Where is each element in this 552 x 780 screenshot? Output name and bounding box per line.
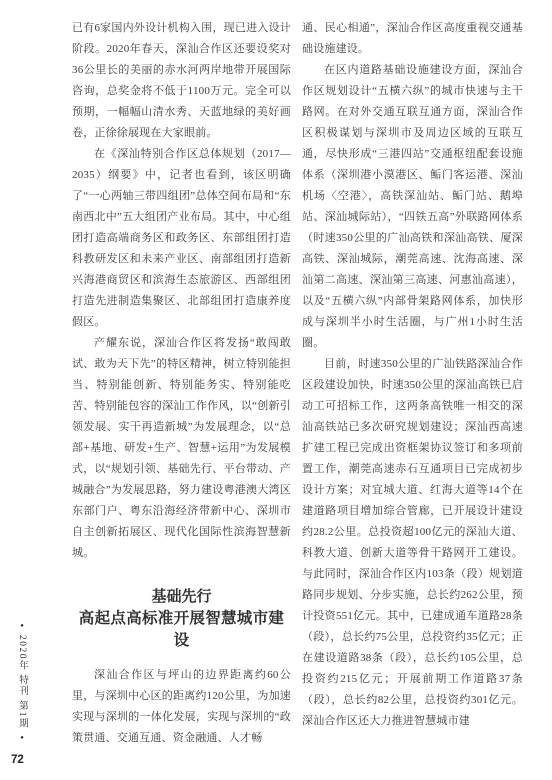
section-heading-line1: 基础先行 xyxy=(72,586,291,608)
paragraph: 已有6家国内外设计机构入围，现已进入设计阶段。2020年春天，深汕合作区还要设奖… xyxy=(72,18,291,144)
section-heading: 基础先行 高起点高标准开展智慧城市建设 xyxy=(72,586,291,652)
paragraph: 在区内道路基础设施建设方面，深汕合作区规划设计“五横六纵”的城市快速与主干路网。… xyxy=(302,60,523,354)
page-sidebar: ● 2020年 特刊 第1期 ● 72 xyxy=(11,622,33,766)
paragraph: 深汕合作区与坪山的边界距离约60公里，与深圳中心区的距离约120公里，为加速实现… xyxy=(72,665,291,749)
page-number: 72 xyxy=(11,754,24,766)
sidebar-bullet-top: ● xyxy=(20,622,24,630)
article-left-column: 已有6家国内外设计机构入围，现已进入设计阶段。2020年春天，深汕合作区还要设奖… xyxy=(72,18,291,749)
issue-label: 2020年 特刊 第1期 xyxy=(15,635,29,729)
section-heading-line2: 高起点高标准开展智慧城市建设 xyxy=(72,608,291,652)
paragraph: 在《深汕特别合作区总体规划（2017—2035）纲要》中，记者也看到，该区明确了… xyxy=(72,144,291,333)
article-right-column: 通、民心相通”，深汕合作区高度重视交通基础设施建设。 在区内道路基础设施建设方面… xyxy=(302,18,523,732)
paragraph: 产耀东说，深汕合作区将发扬“敢闯敢试、敢为天下先”的特区精神，树立特别能担当、特… xyxy=(72,333,291,564)
magazine-page: ● 2020年 特刊 第1期 ● 72 已有6家国内外设计机构入围，现已进入设计… xyxy=(0,0,552,780)
sidebar-bullet-bottom: ● xyxy=(20,734,24,742)
paragraph: 目前，时速350公里的广汕铁路深汕合作区段建设加快，时速350公里的深汕高铁已启… xyxy=(302,354,523,732)
paragraph: 通、民心相通”，深汕合作区高度重视交通基础设施建设。 xyxy=(302,18,523,60)
